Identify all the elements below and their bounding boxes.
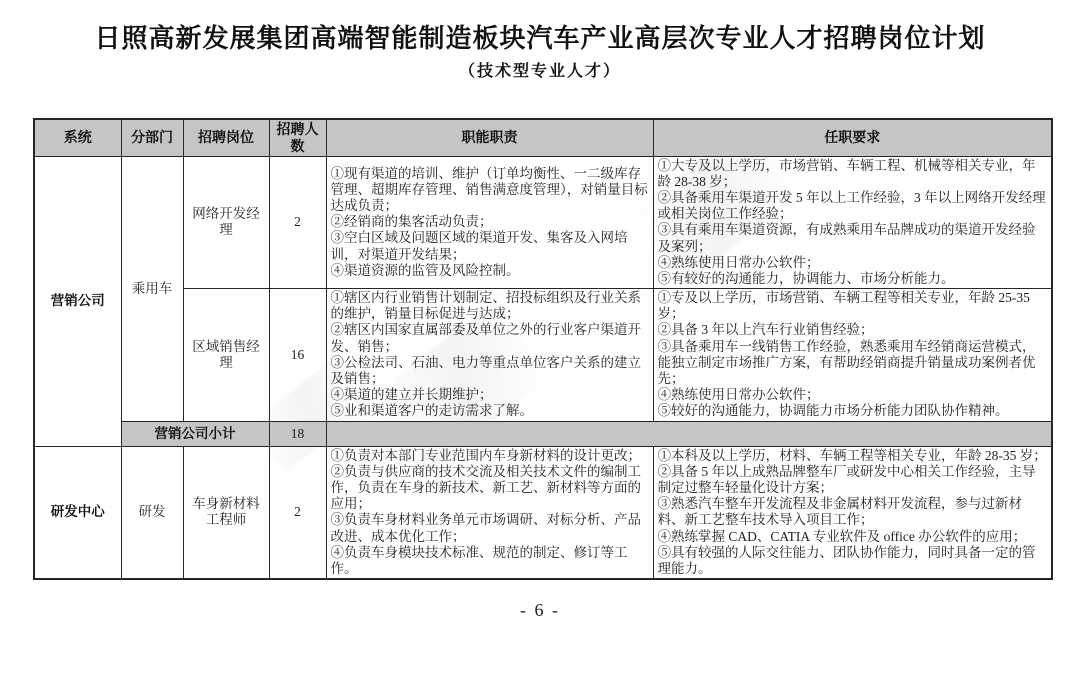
position-cell: 网络开发经理 — [183, 156, 269, 289]
duties-cell: ①现有渠道的培训、维护（订单均衡性、一二级库存管理、超期库存管理、销售满意度管理… — [326, 156, 653, 289]
col-header-dept: 分部门 — [121, 119, 183, 156]
table-header-row: 系统 分部门 招聘岗位 招聘人数 职能职责 任职要求 — [34, 119, 1052, 156]
headcount-cell: 16 — [269, 289, 326, 422]
system-cell: 研发中心 — [34, 446, 121, 579]
dept-cell: 乘用车 — [121, 156, 183, 421]
recruitment-table: 系统 分部门 招聘岗位 招聘人数 职能职责 任职要求 营销公司 乘用车 网络开发… — [33, 118, 1053, 580]
page-subtitle: （技术型专业人才） — [0, 58, 1080, 81]
system-cell: 营销公司 — [34, 156, 121, 446]
page-title: 日照高新发展集团高端智能制造板块汽车产业高层次专业人才招聘岗位计划 — [0, 18, 1080, 55]
requirements-cell: ①专及以上学历，市场营销、车辆工程等相关专业，年龄 25-35 岁； ②具备 3… — [653, 289, 1052, 422]
position-cell: 车身新材料工程师 — [183, 446, 269, 579]
dept-cell: 研发 — [121, 446, 183, 579]
table-row: 营销公司 乘用车 网络开发经理 2 ①现有渠道的培训、维护（订单均衡性、一二级库… — [34, 156, 1052, 289]
subtotal-row: 营销公司小计 18 — [34, 421, 1052, 446]
col-header-headcount: 招聘人数 — [269, 119, 326, 156]
duties-cell: ①辖区内行业销售计划制定、招投标组织及行业关系的维护，销量目标促进与达成； ②辖… — [326, 289, 653, 422]
subtotal-empty-cell — [326, 421, 1052, 446]
page-number: - 6 - — [0, 600, 1080, 621]
position-cell: 区域销售经理 — [183, 289, 269, 422]
col-header-requirements: 任职要求 — [653, 119, 1052, 156]
subtotal-label-cell: 营销公司小计 — [121, 421, 269, 446]
table-row: 研发中心 研发 车身新材料工程师 2 ①负责对本部门专业范围内车身新材料的设计更… — [34, 446, 1052, 579]
col-header-system: 系统 — [34, 119, 121, 156]
document-page: 日照高新发展集团高端智能制造板块汽车产业高层次专业人才招聘岗位计划 （技术型专业… — [0, 0, 1080, 679]
requirements-cell: ①大专及以上学历，市场营销、车辆工程、机械等相关专业，年龄 28-38 岁； ②… — [653, 156, 1052, 289]
col-header-position: 招聘岗位 — [183, 119, 269, 156]
headcount-cell: 2 — [269, 156, 326, 289]
table-row: 区域销售经理 16 ①辖区内行业销售计划制定、招投标组织及行业关系的维护，销量目… — [34, 289, 1052, 422]
subtotal-count-cell: 18 — [269, 421, 326, 446]
headcount-cell: 2 — [269, 446, 326, 579]
duties-cell: ①负责对本部门专业范围内车身新材料的设计更改； ②负责与供应商的技术交流及相关技… — [326, 446, 653, 579]
requirements-cell: ①本科及以上学历，材料、车辆工程等相关专业，年龄 28-35 岁； ②具备 5 … — [653, 446, 1052, 579]
col-header-duties: 职能职责 — [326, 119, 653, 156]
